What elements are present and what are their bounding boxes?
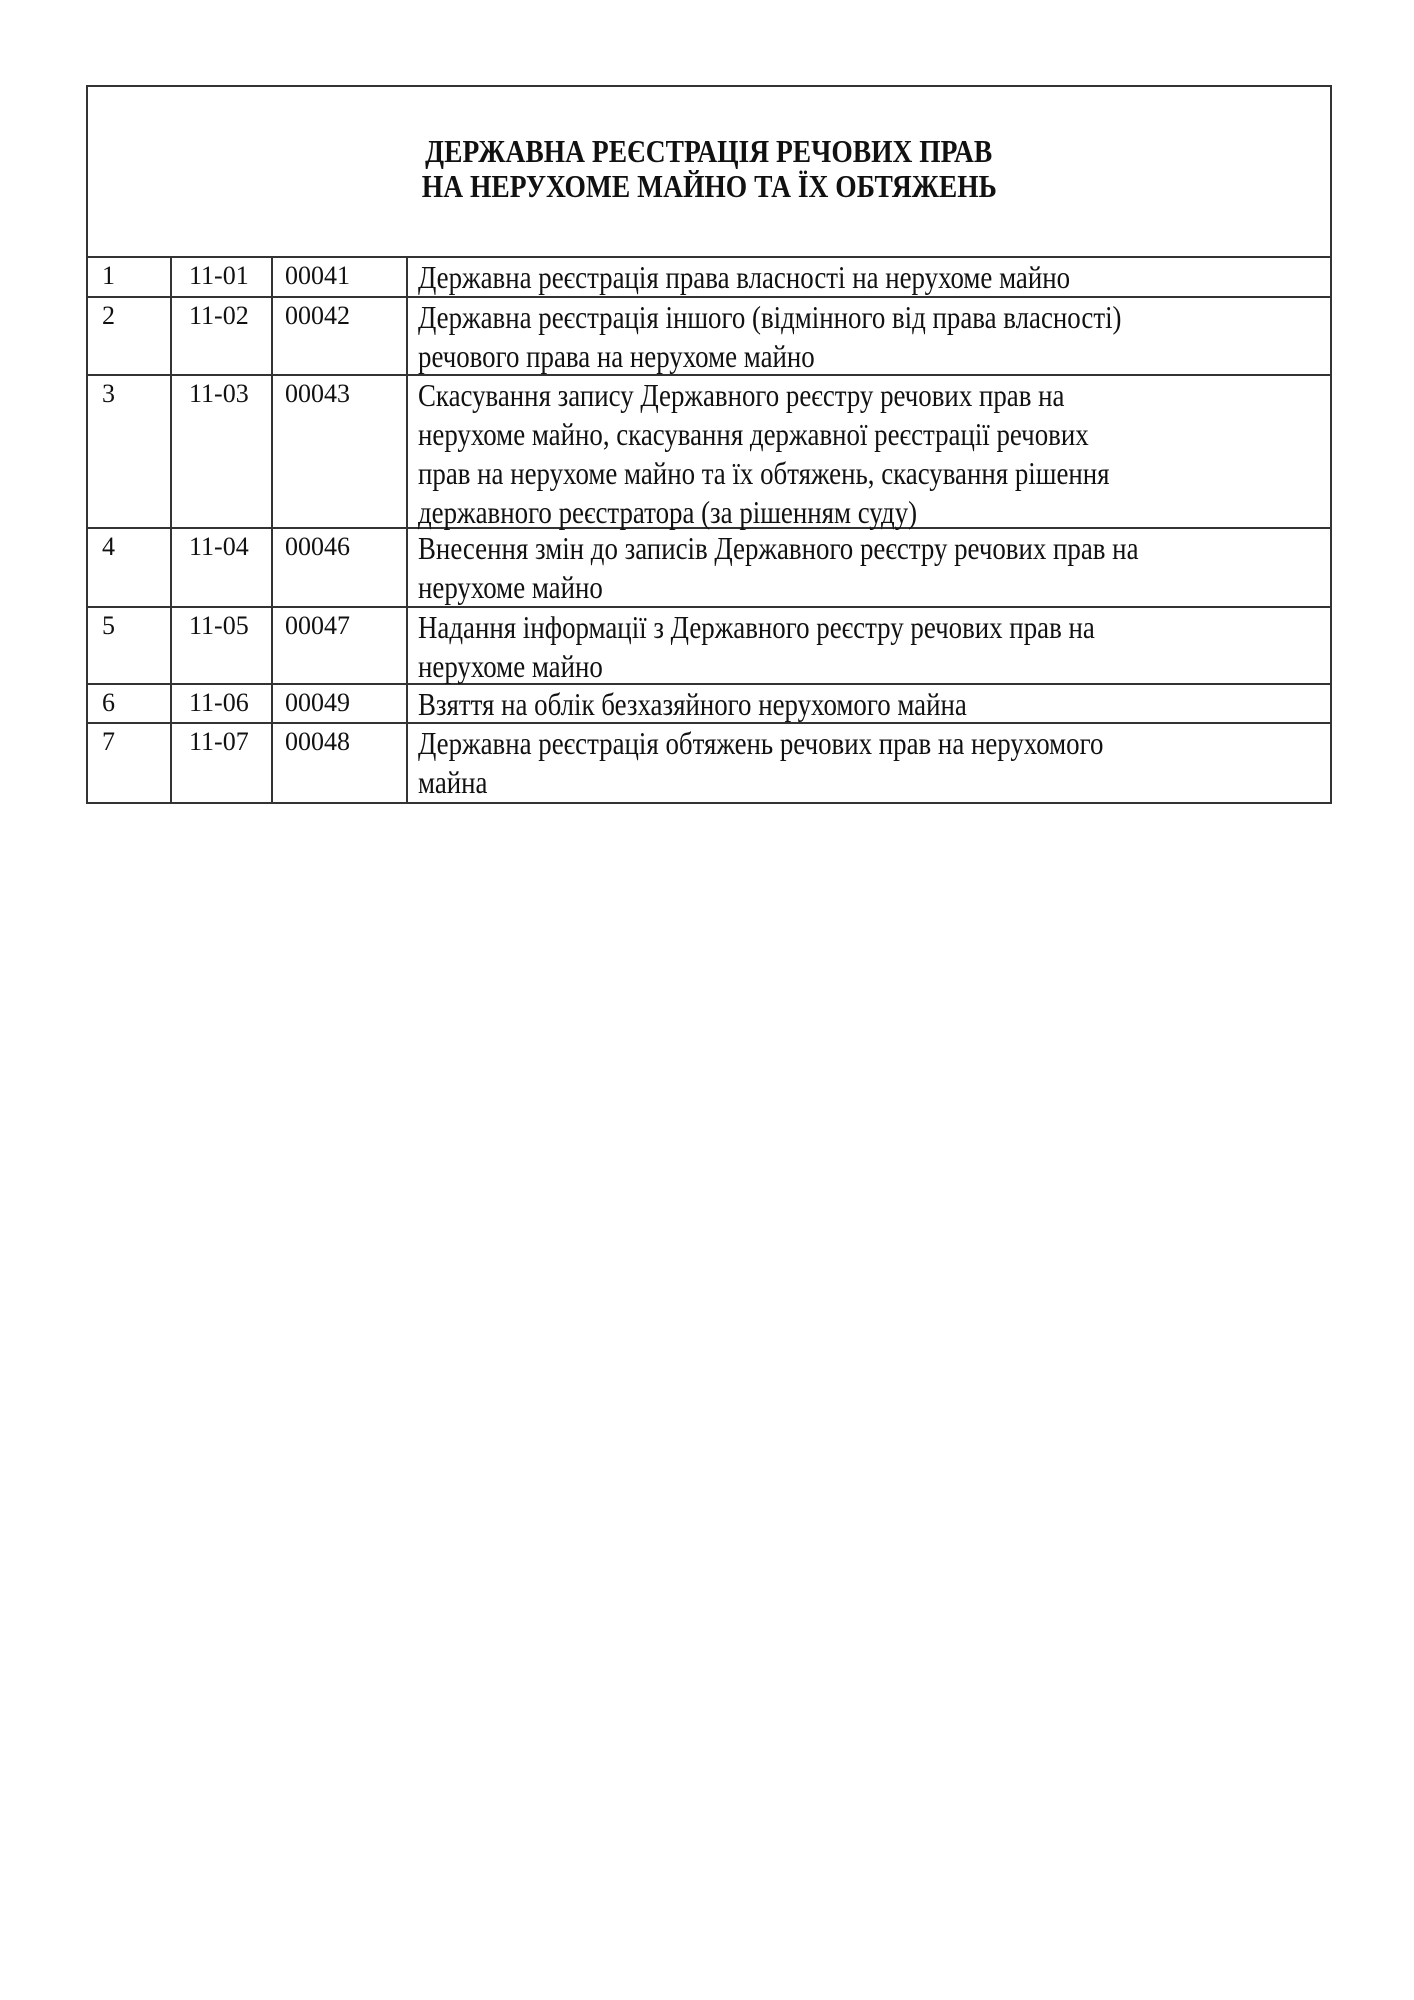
service-description: Взяття на облік безхазяйного нерухомого …: [408, 685, 1330, 722]
title-text-2: НА НЕРУХОМЕ МАЙНО ТА ЇХ ОБТЯЖЕНЬ: [421, 169, 996, 203]
description-line: речового права на нерухоме майно: [418, 337, 1184, 376]
table-row: 611-0600049Взяття на облік безхазяйного …: [88, 685, 1330, 724]
table-row: 111-0100041Державна реєстрація права вла…: [88, 258, 1330, 298]
description-line: державного реєстратора (за рішенням суду…: [418, 493, 1184, 532]
description-line: нерухоме майно: [418, 647, 1184, 686]
service-code: 11-02: [172, 298, 273, 374]
description-line: майна: [418, 763, 1184, 802]
row-number: 6: [88, 685, 172, 722]
description-line: Скасування запису Державного реєстру реч…: [418, 376, 1184, 415]
table-row: 211-0200042Державна реєстрація іншого (в…: [88, 298, 1330, 376]
service-id: 00042: [273, 298, 408, 374]
description-line: нерухоме майно: [418, 568, 1184, 607]
description-line: Державна реєстрація іншого (відмінного в…: [418, 298, 1184, 337]
table-row: 711-0700048Державна реєстрація обтяжень …: [88, 724, 1330, 802]
table-body: 111-0100041Державна реєстрація права вла…: [88, 258, 1330, 802]
description-line: нерухоме майно, скасування державної реє…: [418, 415, 1184, 454]
service-code: 11-03: [172, 376, 273, 527]
service-description: Державна реєстрація іншого (відмінного в…: [408, 298, 1330, 374]
title-line-2: НА НЕРУХОМЕ МАЙНО ТА ЇХ ОБТЯЖЕНЬ: [88, 169, 1330, 203]
service-code: 11-05: [172, 608, 273, 683]
service-description: Державна реєстрація обтяжень речових пра…: [408, 724, 1330, 802]
description-line: Державна реєстрація права власності на н…: [418, 258, 1184, 297]
services-table: ДЕРЖАВНА РЕЄСТРАЦІЯ РЕЧОВИХ ПРАВ НА НЕРУ…: [86, 85, 1332, 804]
row-number: 2: [88, 298, 172, 374]
service-id: 00046: [273, 529, 408, 606]
row-number: 3: [88, 376, 172, 527]
description-line: Внесення змін до записів Державного реєс…: [418, 529, 1184, 568]
row-number: 5: [88, 608, 172, 683]
description-line: прав на нерухоме майно та їх обтяжень, с…: [418, 454, 1184, 493]
service-code: 11-01: [172, 258, 273, 296]
title-text-1: ДЕРЖАВНА РЕЄСТРАЦІЯ РЕЧОВИХ ПРАВ: [425, 134, 992, 168]
service-id: 00041: [273, 258, 408, 296]
row-number: 4: [88, 529, 172, 606]
service-description: Внесення змін до записів Державного реєс…: [408, 529, 1330, 606]
title-line-1: ДЕРЖАВНА РЕЄСТРАЦІЯ РЕЧОВИХ ПРАВ: [88, 134, 1330, 168]
service-code: 11-04: [172, 529, 273, 606]
service-id: 00049: [273, 685, 408, 722]
table-row: 511-0500047Надання інформації з Державно…: [88, 608, 1330, 685]
service-code: 11-06: [172, 685, 273, 722]
table-row: 311-0300043Скасування запису Державного …: [88, 376, 1330, 529]
service-code: 11-07: [172, 724, 273, 802]
table-row: 411-0400046Внесення змін до записів Держ…: [88, 529, 1330, 608]
table-header: ДЕРЖАВНА РЕЄСТРАЦІЯ РЕЧОВИХ ПРАВ НА НЕРУ…: [88, 87, 1330, 258]
row-number: 1: [88, 258, 172, 296]
description-line: Взяття на облік безхазяйного нерухомого …: [418, 685, 1184, 724]
service-description: Надання інформації з Державного реєстру …: [408, 608, 1330, 683]
service-description: Державна реєстрація права власності на н…: [408, 258, 1330, 296]
description-line: Надання інформації з Державного реєстру …: [418, 608, 1184, 647]
service-id: 00048: [273, 724, 408, 802]
row-number: 7: [88, 724, 172, 802]
service-id: 00047: [273, 608, 408, 683]
service-description: Скасування запису Державного реєстру реч…: [408, 376, 1330, 527]
description-line: Державна реєстрація обтяжень речових пра…: [418, 724, 1184, 763]
service-id: 00043: [273, 376, 408, 527]
